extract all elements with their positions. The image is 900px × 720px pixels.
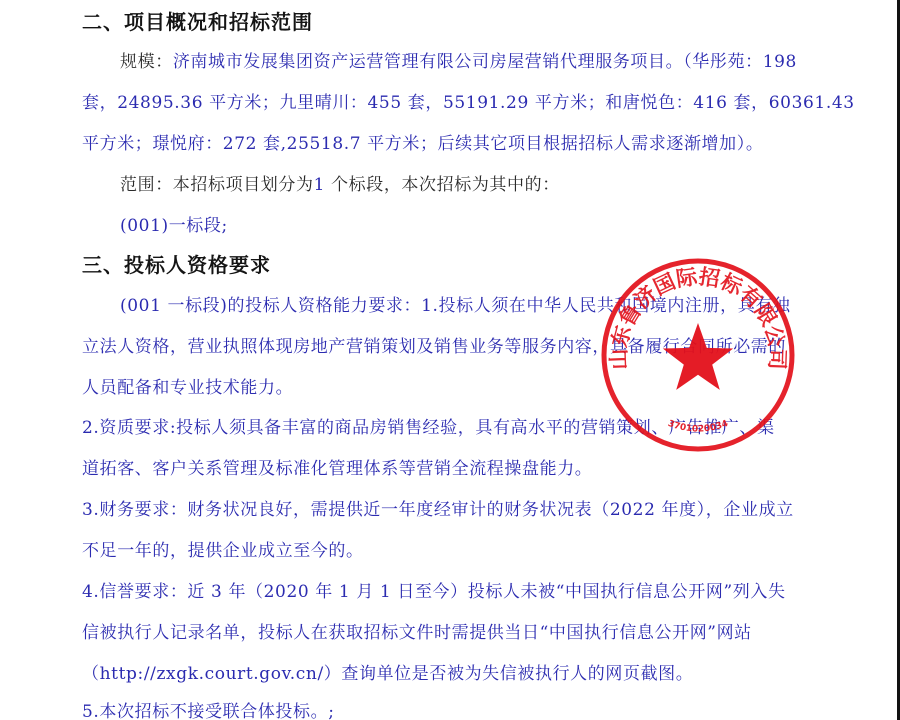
requirement-5: 5.本次招标不接受联合体投标。; (82, 700, 335, 720)
document-page: 二、项目概况和招标范围 规模：济南城市发展集团资产运营管理有限公司房屋营销代理服… (0, 0, 897, 720)
requirement-1-line-2: 立法人资格，营业执照体现房地产营销策划及销售业务等服务内容，具备履行合同所必需的 (82, 335, 786, 359)
requirement-4-line-2: 信被执行人记录名单，投标人在获取招标文件时需提供当日“中国执行信息公开网”网站 (82, 621, 752, 645)
requirement-2-line-2: 道拓客、客户关系管理及标准化管理体系等营销全流程操盘能力。 (82, 457, 592, 481)
range-prefix: 范围：本招标项目划分为 (120, 175, 314, 195)
scale-text: 济南城市发展集团资产运营管理有限公司房屋营销代理服务项目。（华彤苑：198 (173, 52, 797, 72)
section-heading-project-overview: 二、项目概况和招标范围 (82, 10, 313, 34)
scale-paragraph-line-2: 套，24895.36 平方米；九里晴川：455 套，55191.29 平方米；和… (82, 91, 855, 115)
range-count: 1 (314, 175, 325, 195)
requirement-4-line-3: （http://zxgk.court.gov.cn/）查询单位是否被为失信被执行… (82, 662, 693, 686)
requirement-4-line-1: 4.信誉要求：近 3 年（2020 年 1 月 1 日至今）投标人未被“中国执行… (82, 580, 786, 604)
scale-paragraph-line-1: 规模：济南城市发展集团资产运营管理有限公司房屋营销代理服务项目。（华彤苑：198 (120, 50, 797, 74)
requirement-1-line-3: 人员配备和专业技术能力。 (82, 376, 293, 400)
range-paragraph: 范围：本招标项目划分为1 个标段，本次招标为其中的： (120, 173, 560, 197)
scale-label: 规模： (120, 52, 173, 72)
range-suffix: 个标段，本次招标为其中的： (325, 175, 560, 195)
section-heading-bidder-qualifications: 三、投标人资格要求 (82, 253, 271, 277)
lot-item: (001)一标段; (120, 214, 228, 238)
scale-paragraph-line-3: 平方米；璟悦府：272 套,25518.7 平方米；后续其它项目根据招标人需求逐… (82, 132, 763, 156)
requirement-3-line-1: 3.财务要求：财务状况良好，需提供近一年度经审计的财务状况表（2022 年度），… (82, 498, 794, 522)
requirement-3-line-2: 不足一年的，提供企业成立至今的。 (82, 539, 364, 563)
requirement-1-line-1: (001 一标段)的投标人资格能力要求：1.投标人须在中华人民共和国境内注册，具… (120, 294, 791, 318)
requirement-2-line-1: 2.资质要求:投标人须具备丰富的商品房销售经验，具有高水平的营销策划、广告推广、… (82, 416, 775, 440)
